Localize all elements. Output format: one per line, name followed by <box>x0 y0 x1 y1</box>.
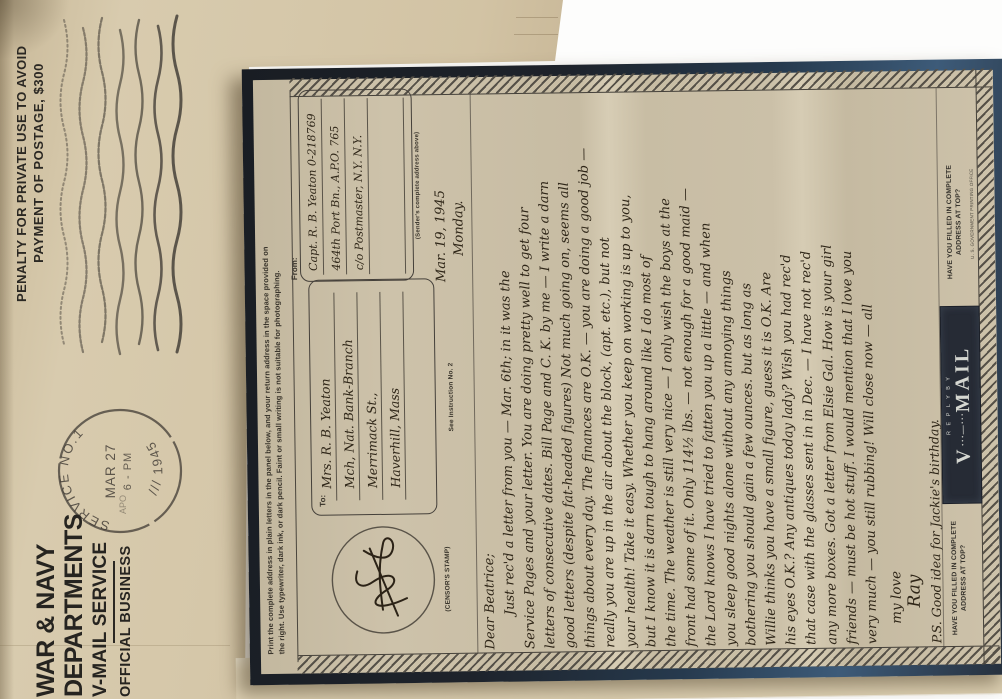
to-address-panel: To: Mrs. R. B. YeatonMch, Nat. Bank-Bran… <box>308 278 437 516</box>
corner-card-rule <box>113 561 115 643</box>
to-address-line: Merrimack St., <box>357 292 383 500</box>
from-label: From: <box>290 257 299 280</box>
from-empty-rule <box>383 98 406 274</box>
corner-card: WAR & NAVY DEPARTMENTS V-MAIL SERVICE OF… <box>34 485 134 697</box>
print-office-note: U. S. GOVERNMENT PRINTING OFFICE <box>968 129 975 299</box>
letter-date: Mar. 19, 1945 <box>433 190 449 282</box>
from-address-lines: Capt. R. B. Yeaton 0-218769464th Port Bn… <box>299 98 370 275</box>
to-address-line: Haverhill, Mass <box>380 292 406 500</box>
from-address-panel: Capt. R. B. Yeaton 0-218769464th Port Bn… <box>298 88 415 282</box>
to-address-line: Mch, Nat. Bank-Branch <box>334 292 360 500</box>
letter-body: Just rec'd a letter from you — Mar. 6th;… <box>496 88 886 649</box>
letter-paper: Print the complete address in plain lett… <box>253 70 1001 674</box>
letter-date-day: Monday. <box>451 200 467 256</box>
salutation: Dear Beatrice; <box>482 553 498 649</box>
corner-card-line2: DEPARTMENTS <box>62 485 87 697</box>
closing: my love <box>888 571 905 624</box>
to-address-lines: Mrs. R. B. YeatonMch, Nat. Bank-BranchMe… <box>311 292 406 501</box>
penalty-line2: PAYMENT OF POSTAGE, $300 <box>30 24 47 302</box>
envelope-flap-crease <box>516 17 558 18</box>
corner-card-line4: OFFICIAL BUSINESS <box>119 485 134 697</box>
censor-stamp-label: (CENSOR'S STAMP) <box>443 512 452 646</box>
sender-note: (Sender's complete address above) <box>413 82 422 288</box>
vmail-logo-morse: ···—··· <box>957 412 967 446</box>
scanned-vmail-letter: { "scan": { "envelope": { "penalty_notic… <box>0 0 1002 699</box>
address-reminder-left: HAVE YOU FILLED IN COMPLETE ADDRESS AT T… <box>949 511 969 645</box>
from-address-line: c/o Postmaster, N.Y. N.Y. <box>345 98 370 274</box>
from-address-line: 464th Port Bn., A.P.O. 765 <box>322 98 347 274</box>
header-rule <box>290 91 299 662</box>
from-address-line: Capt. R. B. Yeaton 0-218769 <box>299 99 324 275</box>
corner-card-line1: WAR & NAVY <box>34 485 59 697</box>
vmail-logo: R E P L Y B Y V···—···MAIL <box>941 307 982 504</box>
body-top-rule <box>470 95 479 654</box>
envelope-edge-shadow <box>0 0 14 699</box>
signature: Ray <box>904 574 924 607</box>
vmail-form: Print the complete address in plain lett… <box>253 69 999 674</box>
censor-signature <box>344 533 430 622</box>
censor-stamp-circle <box>326 522 442 638</box>
to-address-line: Mrs. R. B. Yeaton <box>311 293 337 501</box>
reminder-line2: ADDRESS AT TOP? <box>958 511 969 645</box>
vmail-logo-main: V···—···MAIL <box>951 307 975 503</box>
vmail-photo-print: Print the complete address in plain lett… <box>242 59 1002 686</box>
corner-card-line3: V-MAIL SERVICE <box>91 485 110 697</box>
penalty-line1: PENALTY FOR PRIVATE USE TO AVOID <box>13 24 30 302</box>
svg-text:/// 1945: /// 1945 <box>142 438 165 497</box>
form-border-hatch-left <box>297 645 999 674</box>
envelope-flap-crease <box>514 34 558 35</box>
cancellation-wave-lines <box>56 14 188 362</box>
address-reminder-right: HAVE YOU FILLED IN COMPLETE ADDRESS AT T… <box>944 147 964 297</box>
penalty-notice: PENALTY FOR PRIVATE USE TO AVOID PAYMENT… <box>13 24 47 302</box>
see-instruction-note: See Instruction No. 2 <box>447 317 456 477</box>
